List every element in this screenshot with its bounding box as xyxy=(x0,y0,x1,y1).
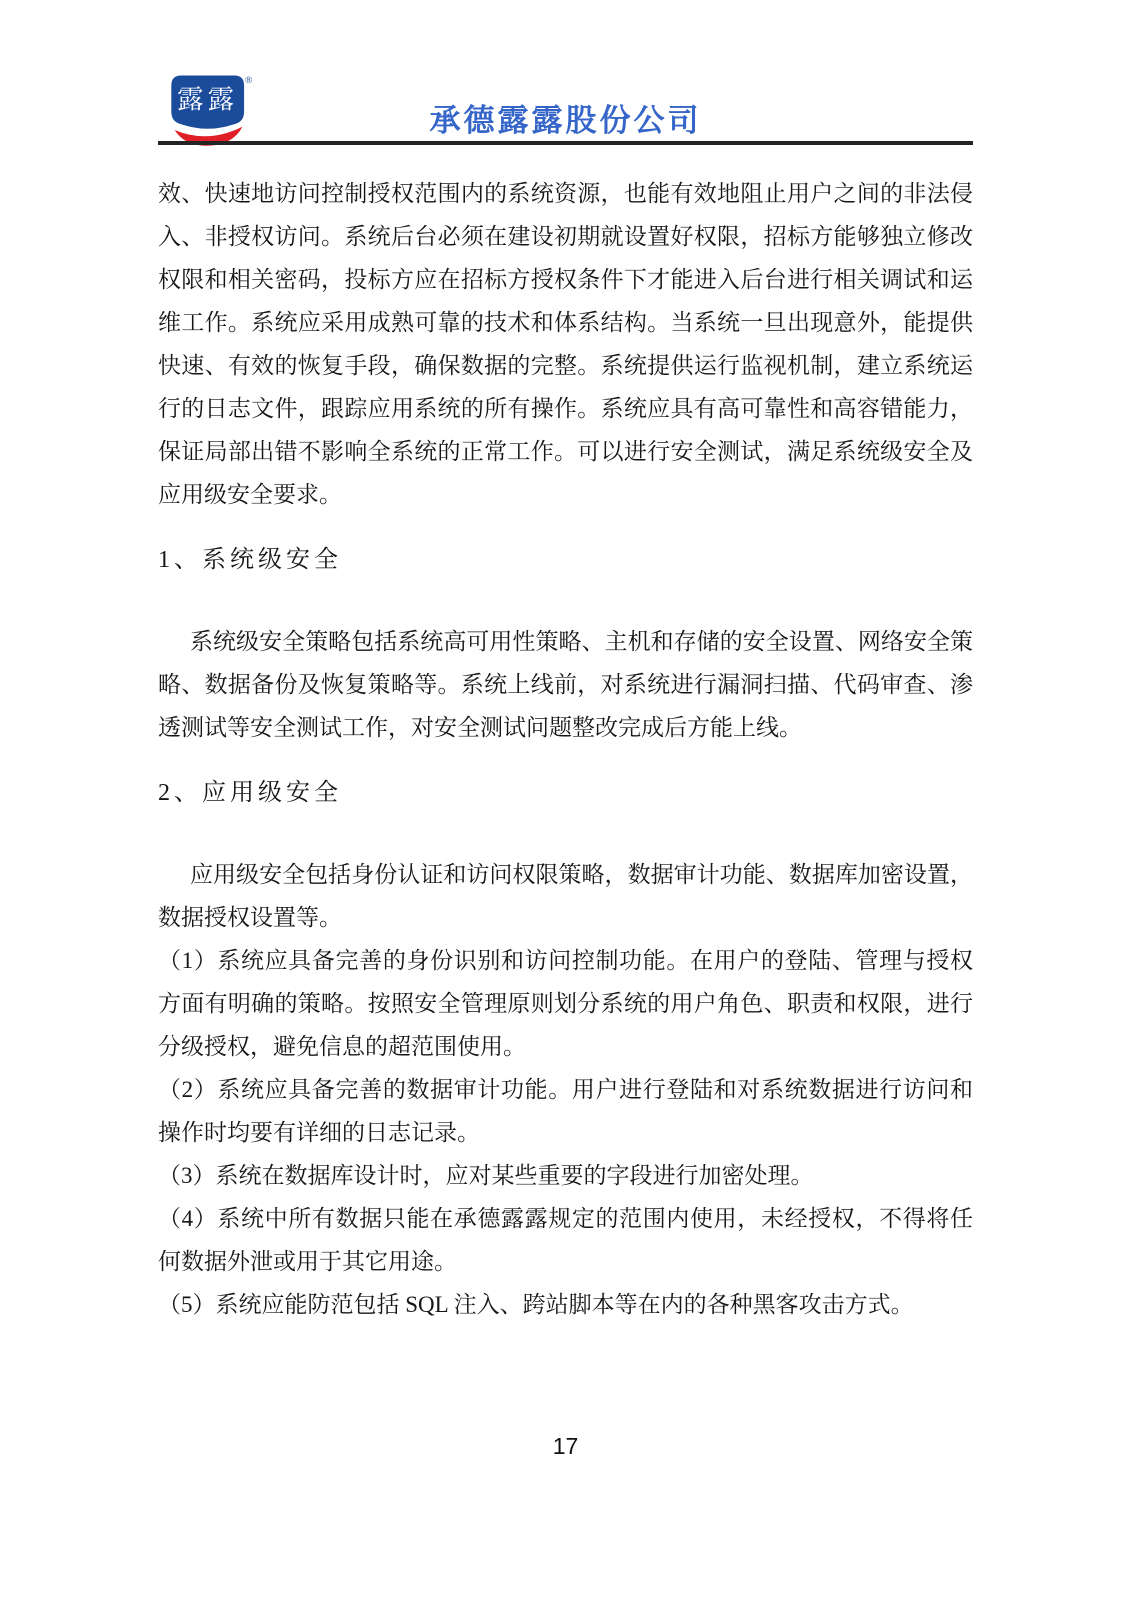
page-header: 露露 ® 承德露露股份公司 xyxy=(0,0,1131,145)
paragraph: 效、快速地访问控制授权范围内的系统资源，也能有效地阻止用户之间的非法侵入、非授权… xyxy=(158,172,973,516)
header-divider xyxy=(158,141,973,145)
paragraph: 应用级安全包括身份认证和访问权限策略，数据审计功能、数据库加密设置，数据授权设置… xyxy=(158,853,973,939)
page-number: 17 xyxy=(0,1433,1131,1460)
list-item: （4）系统中所有数据只能在承德露露规定的范围内使用，未经授权，不得将任何数据外泄… xyxy=(158,1197,973,1283)
paragraph: 系统级安全策略包括系统高可用性策略、主机和存储的安全设置、网络安全策略、数据备份… xyxy=(158,620,973,749)
company-name-title: 承德露露股份公司 xyxy=(0,95,1131,140)
list-item: （3）系统在数据库设计时，应对某些重要的字段进行加密处理。 xyxy=(158,1154,973,1197)
document-page: 露露 ® 承德露露股份公司 效、快速地访问控制授权范围内的系统资源，也能有效地阻… xyxy=(0,0,1131,1600)
heading: 1、系统级安全 xyxy=(158,542,973,578)
list-item: （2）系统应具备完善的数据审计功能。用户进行登陆和对系统数据进行访问和操作时均要… xyxy=(158,1068,973,1154)
list-item: （1）系统应具备完善的身份识别和访问控制功能。在用户的登陆、管理与授权方面有明确… xyxy=(158,939,973,1068)
heading: 2、应用级安全 xyxy=(158,775,973,811)
document-body: 效、快速地访问控制授权范围内的系统资源，也能有效地阻止用户之间的非法侵入、非授权… xyxy=(158,172,973,1326)
list-item: （5）系统应能防范包括 SQL 注入、跨站脚本等在内的各种黑客攻击方式。 xyxy=(158,1283,973,1326)
registered-trademark-icon: ® xyxy=(245,75,253,86)
